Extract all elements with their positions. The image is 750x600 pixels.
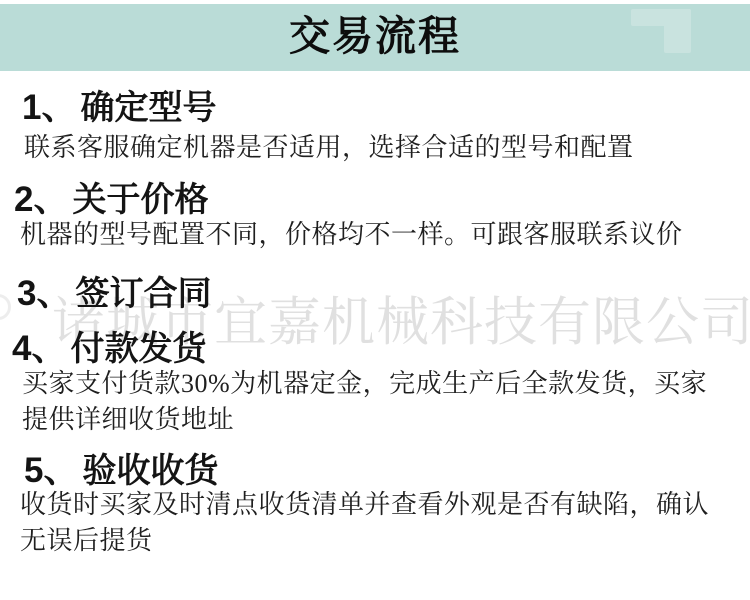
page-title: 交易流程: [0, 4, 750, 68]
step-4-description: 买家支付货款30%为机器定金，完成生产后全款发货，买家 提供详细收货地址: [22, 366, 740, 438]
step-1-heading: 1、确定型号: [22, 80, 216, 130]
step-5-title: 验收收货: [82, 453, 218, 490]
watermark-ring-fragment: [0, 294, 11, 320]
step-1-title: 确定型号: [80, 90, 216, 127]
step-3-number: 3、: [17, 274, 71, 313]
step-5-number: 5、: [24, 451, 78, 490]
step-4-title: 付款发货: [70, 331, 206, 368]
trade-process-infographic: 交易流程 诸城市宜嘉机械科技有限公司 1、确定型号 联系客服确定机器是否适用，选…: [0, 0, 750, 600]
step-1-number: 1、: [22, 88, 76, 127]
step-2-heading: 2、关于价格: [14, 172, 208, 222]
step-5-description: 收货时买家及时清点收货清单并查看外观是否有缺陷，确认 无误后提货: [20, 487, 738, 559]
step-4-number: 4、: [12, 329, 66, 368]
step-1-description: 联系客服确定机器是否适用，选择合适的型号和配置: [24, 130, 634, 166]
step-2-number: 2、: [14, 180, 68, 219]
step-2-title: 关于价格: [72, 182, 208, 219]
step-3-title: 签订合同: [75, 276, 211, 313]
step-5-heading: 5、验收收货: [24, 443, 218, 493]
header-banner: 交易流程: [0, 4, 750, 71]
step-3-heading: 3、签订合同: [17, 266, 211, 316]
step-4-heading: 4、付款发货: [12, 321, 206, 371]
step-2-description: 机器的型号配置不同，价格均不一样。可跟客服联系议价: [20, 217, 683, 253]
